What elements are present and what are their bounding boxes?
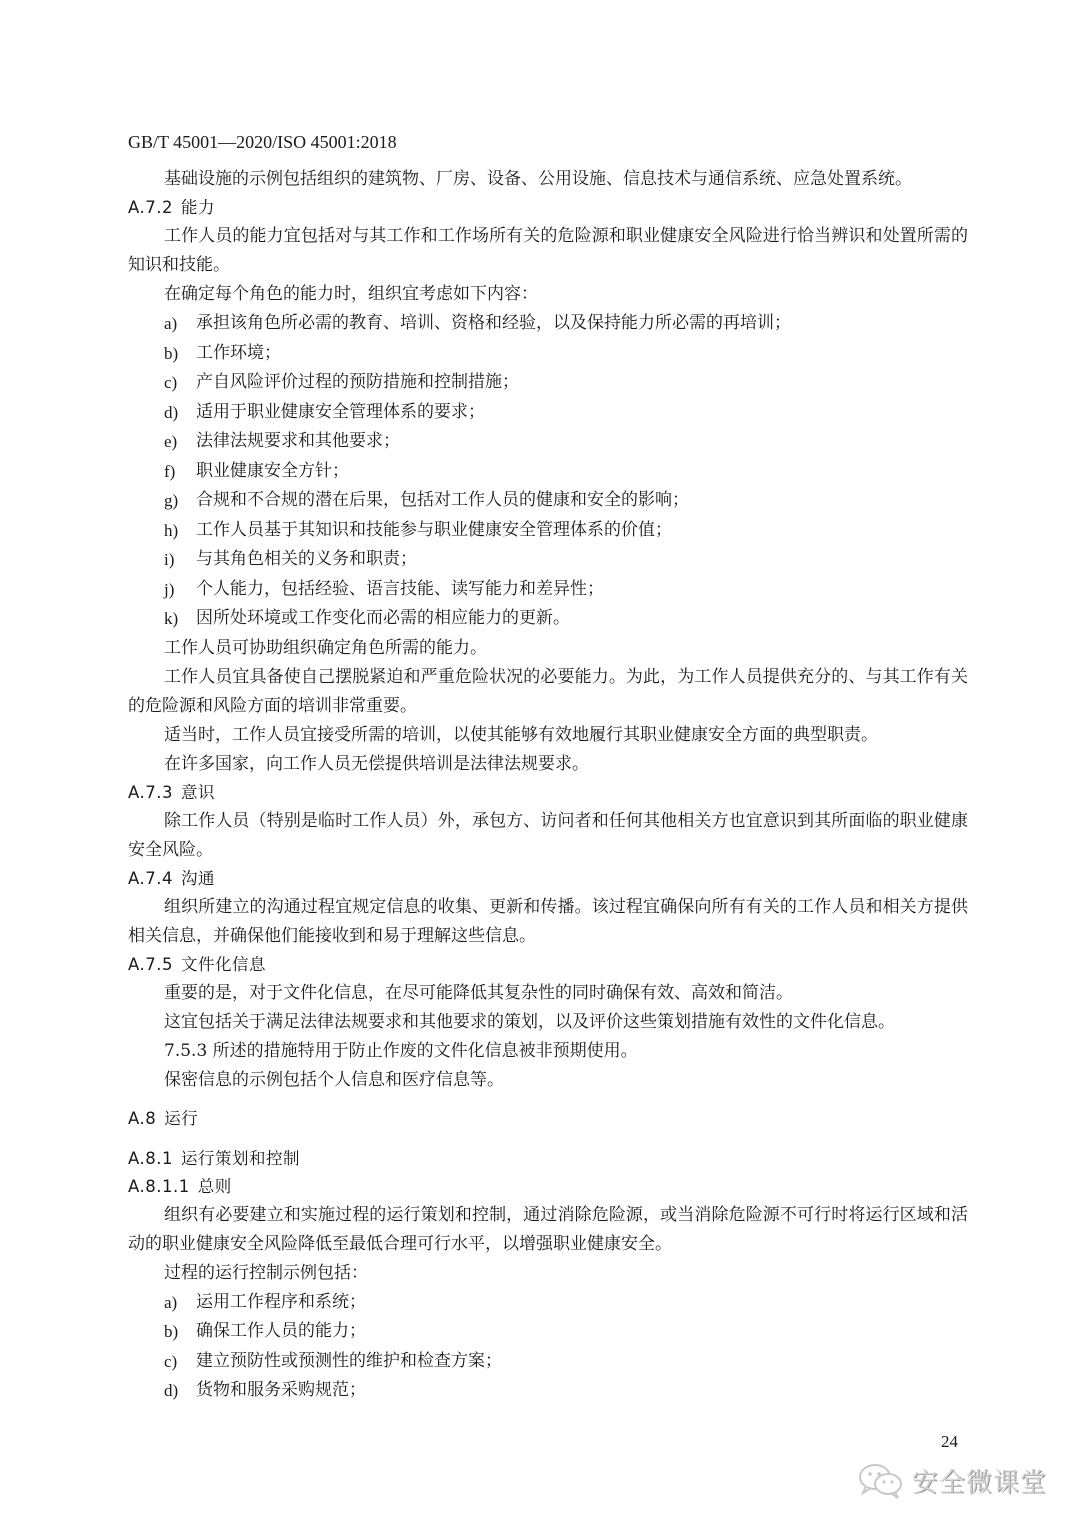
list-marker: g) — [164, 486, 196, 516]
list-item: c)建立预防性或预测性的维护和检查方案； — [128, 1347, 968, 1377]
list-marker: a) — [164, 1288, 196, 1318]
list-item: h)工作人员基于其知识和技能参与职业健康安全管理体系的价值； — [128, 516, 968, 546]
list-item: f)职业健康安全方针； — [128, 457, 968, 487]
document-page: GB/T 45001—2020/ISO 45001:2018 基础设施的示例包括… — [0, 0, 1080, 1527]
list-text: 产自风险评价过程的预防措施和控制措施； — [196, 368, 519, 398]
list-text: 法律法规要求和其他要求； — [196, 427, 400, 457]
section-heading-a811: A.8.1.1总则 — [128, 1173, 968, 1201]
list-item: b)确保工作人员的能力； — [128, 1317, 968, 1347]
paragraph: 保密信息的示例包括个人信息和医疗信息等。 — [128, 1066, 968, 1095]
list-item: a)运用工作程序和系统； — [128, 1288, 968, 1318]
list-marker: b) — [164, 1317, 196, 1347]
list-text: 建立预防性或预测性的维护和检查方案； — [196, 1347, 502, 1377]
paragraph: 重要的是，对于文件化信息，在尽可能降低其复杂性的同时确保有效、高效和简洁。 — [128, 979, 968, 1008]
paragraph: 工作人员的能力宜包括对与其工作和工作场所有关的危险源和职业健康安全风险进行恰当辨… — [128, 222, 968, 280]
list-item: i)与其角色相关的义务和职责； — [128, 545, 968, 575]
list-marker: j) — [164, 575, 196, 605]
section-heading-a81: A.8.1运行策划和控制 — [128, 1145, 968, 1173]
list-item: a)承担该角色所必需的教育、培训、资格和经验，以及保持能力所必需的再培训； — [128, 309, 968, 339]
paragraph: 这宜包括关于满足法律法规要求和其他要求的策划，以及评价这些策划措施有效性的文件化… — [128, 1008, 968, 1037]
list-marker: e) — [164, 427, 196, 457]
operational-control-list: a)运用工作程序和系统； b)确保工作人员的能力； c)建立预防性或预测性的维护… — [128, 1288, 968, 1406]
section-number: A.7.3 — [128, 783, 173, 802]
section-title: 总则 — [198, 1177, 232, 1196]
list-text: 合规和不合规的潜在后果，包括对工作人员的健康和安全的影响； — [196, 486, 689, 516]
paragraph: 工作人员宜具备使自己摆脱紧迫和严重危险状况的必要能力。为此，为工作人员提供充分的… — [128, 663, 968, 721]
list-marker: c) — [164, 368, 196, 398]
list-marker: c) — [164, 1347, 196, 1377]
section-title: 运行 — [164, 1109, 198, 1128]
list-text: 确保工作人员的能力； — [196, 1317, 366, 1347]
list-item: d)适用于职业健康安全管理体系的要求； — [128, 398, 968, 428]
list-item: j)个人能力，包括经验、语言技能、读写能力和差异性； — [128, 575, 968, 605]
section-title: 能力 — [181, 198, 215, 217]
list-marker: f) — [164, 457, 196, 487]
list-item: c)产自风险评价过程的预防措施和控制措施； — [128, 368, 968, 398]
section-heading-a73: A.7.3意识 — [128, 779, 968, 807]
section-title: 沟通 — [181, 869, 215, 888]
list-text: 工作环境； — [196, 339, 281, 369]
list-text: 货物和服务采购规范； — [196, 1376, 366, 1406]
section-title: 运行策划和控制 — [181, 1149, 300, 1168]
list-marker: k) — [164, 604, 196, 634]
list-text: 工作人员基于其知识和技能参与职业健康安全管理体系的价值； — [196, 516, 672, 546]
paragraph: 组织有必要建立和实施过程的运行策划和控制，通过消除危险源，或当消除危险源不可行时… — [128, 1201, 968, 1259]
standard-header: GB/T 45001—2020/ISO 45001:2018 — [128, 132, 397, 153]
section-number: A.7.4 — [128, 869, 173, 888]
competence-list: a)承担该角色所必需的教育、培训、资格和经验，以及保持能力所必需的再培训； b)… — [128, 309, 968, 634]
list-text: 承担该角色所必需的教育、培训、资格和经验，以及保持能力所必需的再培训； — [196, 309, 791, 339]
list-text: 适用于职业健康安全管理体系的要求； — [196, 398, 485, 428]
section-title: 意识 — [181, 783, 215, 802]
paragraph: 组织所建立的沟通过程宜规定信息的收集、更新和传播。该过程宜确保向所有有关的工作人… — [128, 893, 968, 951]
section-heading-a75: A.7.5文件化信息 — [128, 951, 968, 979]
page-number: 24 — [941, 1432, 958, 1452]
list-marker: d) — [164, 398, 196, 428]
paragraph: 7.5.3 所述的措施特用于防止作废的文件化信息被非预期使用。 — [128, 1037, 968, 1066]
list-item: k)因所处环境或工作变化而必需的相应能力的更新。 — [128, 604, 968, 634]
section-number: A.7.2 — [128, 198, 173, 217]
paragraph: 在确定每个角色的能力时，组织宜考虑如下内容： — [128, 280, 968, 309]
watermark-text: 安全微课堂 — [912, 1462, 1047, 1499]
list-text: 运用工作程序和系统； — [196, 1288, 366, 1318]
list-item: d)货物和服务采购规范； — [128, 1376, 968, 1406]
section-heading-a74: A.7.4沟通 — [128, 865, 968, 893]
list-text: 因所处环境或工作变化而必需的相应能力的更新。 — [196, 604, 570, 634]
page-content: 基础设施的示例包括组织的建筑物、厂房、设备、公用设施、信息技术与通信系统、应急处… — [128, 165, 968, 1406]
paragraph: 过程的运行控制示例包括： — [128, 1259, 968, 1288]
paragraph: 在许多国家，向工作人员无偿提供培训是法律法规要求。 — [128, 750, 968, 779]
paragraph: 除工作人员（特别是临时工作人员）外，承包方、访问者和任何其他相关方也宜意识到其所… — [128, 807, 968, 865]
list-marker: a) — [164, 309, 196, 339]
wechat-icon — [858, 1463, 904, 1499]
list-text: 与其角色相关的义务和职责； — [196, 545, 417, 575]
list-marker: h) — [164, 516, 196, 546]
list-item: b)工作环境； — [128, 339, 968, 369]
watermark: 安全微课堂 — [858, 1462, 1047, 1499]
section-heading-a72: A.7.2能力 — [128, 194, 968, 222]
section-number: A.8 — [128, 1109, 156, 1128]
section-number: A.8.1.1 — [128, 1177, 190, 1196]
list-marker: b) — [164, 339, 196, 369]
list-item: e)法律法规要求和其他要求； — [128, 427, 968, 457]
list-text: 个人能力，包括经验、语言技能、读写能力和差异性； — [196, 575, 604, 605]
section-title: 文件化信息 — [181, 955, 266, 974]
paragraph-infrastructure-examples: 基础设施的示例包括组织的建筑物、厂房、设备、公用设施、信息技术与通信系统、应急处… — [128, 165, 968, 194]
paragraph: 适当时，工作人员宜接受所需的培训，以使其能够有效地履行其职业健康安全方面的典型职… — [128, 721, 968, 750]
section-heading-a8: A.8运行 — [128, 1105, 968, 1133]
section-number: A.7.5 — [128, 955, 173, 974]
list-item: g)合规和不合规的潜在后果，包括对工作人员的健康和安全的影响； — [128, 486, 968, 516]
list-text: 职业健康安全方针； — [196, 457, 349, 487]
list-marker: d) — [164, 1376, 196, 1406]
paragraph: 工作人员可协助组织确定角色所需的能力。 — [128, 634, 968, 663]
list-marker: i) — [164, 545, 196, 575]
section-number: A.8.1 — [128, 1149, 173, 1168]
